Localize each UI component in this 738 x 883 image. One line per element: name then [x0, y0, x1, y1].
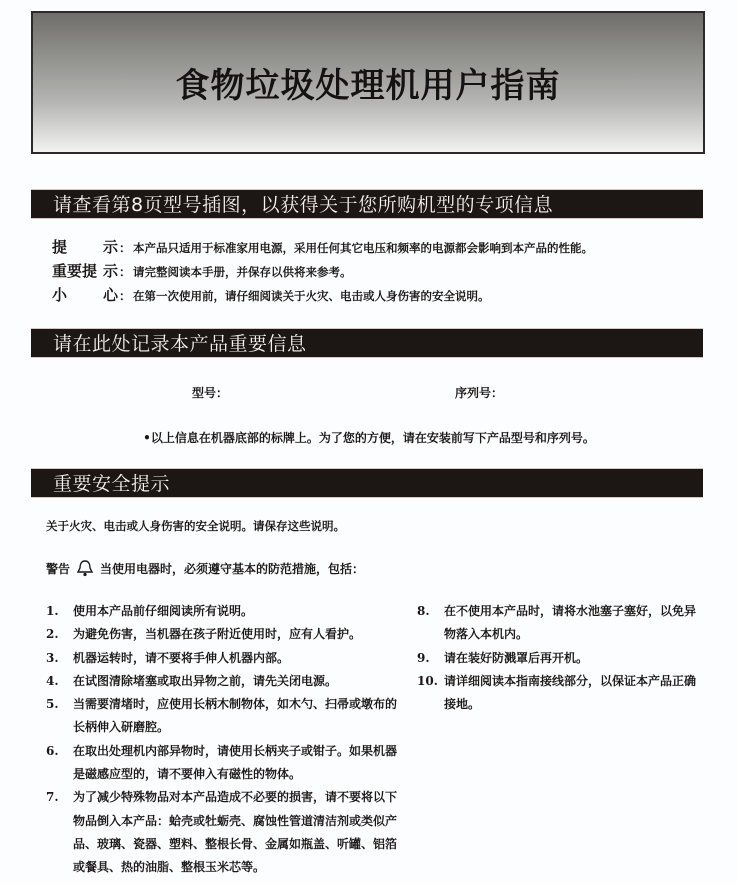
note-label-a: 提 [52, 236, 67, 257]
note-label-b: 心 [103, 284, 118, 305]
item-number: 1. [46, 600, 73, 623]
list-item: 5.当需要清堵时，应使用长柄木制物体，如木勺、扫帚或墩布的长柄伸入研磨腔。 [46, 693, 406, 740]
item-number: 8. [417, 600, 444, 647]
note-label-a: 重要提 [52, 260, 97, 281]
item-number: 2. [46, 623, 73, 646]
item-text: 请详细阅读本指南接线部分，以保证本产品正确接地。 [444, 670, 707, 717]
note-caution: 小心 ： 在第一次使用前，请仔细阅读关于火灾、电击或人身伤害的安全说明。 [52, 284, 490, 305]
note-text: 请完整阅读本手册，并保存以供将来参考。 [133, 264, 352, 280]
bell-icon [76, 559, 94, 577]
item-text: 在不使用本产品时，请将水池塞子塞好，以免异物落入本机内。 [444, 600, 707, 647]
item-number: 7. [46, 786, 73, 879]
note-important: 重要提示 ： 请完整阅读本手册，并保存以供将来参考。 [52, 260, 352, 281]
item-text: 为避免伤害，当机器在孩子附近使用时，应有人看护。 [73, 623, 406, 646]
item-text: 为了减少特殊物品对本产品造成不必要的损害，请不要将以下物品倒入本产品：蛤壳或牡蛎… [73, 786, 406, 879]
item-text: 在试图清除堵塞或取出异物之前，请先关闭电源。 [73, 670, 406, 693]
item-text: 当需要清堵时，应使用长柄木制物体，如木勺、扫帚或墩布的长柄伸入研磨腔。 [73, 693, 406, 740]
list-item: 4.在试图清除堵塞或取出异物之前，请先关闭电源。 [46, 670, 406, 693]
item-number: 10. [417, 670, 444, 717]
item-number: 9. [417, 647, 444, 670]
section-header-safety: 重要安全提示 [31, 468, 703, 498]
note-text: 在第一次使用前，请仔细阅读关于火灾、电击或人身伤害的安全说明。 [133, 288, 490, 304]
item-text: 使用本产品前仔细阅读所有说明。 [73, 600, 406, 623]
note-label-b: 示 [103, 236, 118, 257]
item-number: 5. [46, 693, 73, 740]
safety-list-right: 8.在不使用本产品时，请将水池塞子塞好，以免异物落入本机内。 9.请在装好防溅罩… [417, 600, 707, 716]
note-label-a: 小 [52, 284, 67, 305]
note-tip: 提示 ： 本产品只适用于标准家用电源，采用任何其它电压和频率的电源都会影响到本产… [52, 236, 593, 257]
warning-label: 警告 [46, 560, 70, 577]
serial-number-label: 序列号： [455, 384, 503, 401]
note-colon: ： [119, 263, 131, 280]
list-item: 2.为避免伤害，当机器在孩子附近使用时，应有人看护。 [46, 623, 406, 646]
safety-list-left: 1.使用本产品前仔细阅读所有说明。 2.为避免伤害，当机器在孩子附近使用时，应有… [46, 600, 406, 880]
nameplate-note: •以上信息在机器底部的标牌上。为了您的方便，请在安装前写下产品型号和序列号。 [0, 429, 738, 446]
item-text: 请在装好防溅罩后再开机。 [444, 647, 707, 670]
warning-line: 警告 当使用电器时，必须遵守基本的防范措施，包括： [46, 559, 364, 577]
section-header-record-info: 请在此处记录本产品重要信息 [31, 328, 703, 358]
warning-text: 当使用电器时，必须遵守基本的防范措施，包括： [100, 560, 364, 577]
list-item: 9.请在装好防溅罩后再开机。 [417, 647, 707, 670]
list-item: 8.在不使用本产品时，请将水池塞子塞好，以免异物落入本机内。 [417, 600, 707, 647]
note-label-b: 示 [103, 260, 118, 281]
section-header-model-info: 请查看第8页型号插图，以获得关于您所购机型的专项信息 [31, 189, 703, 219]
note-colon: ： [119, 239, 131, 256]
list-item: 3.机器运转时，请不要将手伸人机器内部。 [46, 647, 406, 670]
list-item: 1.使用本产品前仔细阅读所有说明。 [46, 600, 406, 623]
page-title: 食物垃圾处理机用户指南 [176, 58, 561, 107]
item-number: 4. [46, 670, 73, 693]
list-item: 7.为了减少特殊物品对本产品造成不必要的损害，请不要将以下物品倒入本产品：蛤壳或… [46, 786, 406, 879]
item-number: 6. [46, 740, 73, 787]
title-banner: 食物垃圾处理机用户指南 [31, 11, 705, 154]
note-text: 本产品只适用于标准家用电源，采用任何其它电压和频率的电源都会影响到本产品的性能。 [133, 240, 593, 256]
list-item: 10.请详细阅读本指南接线部分，以保证本产品正确接地。 [417, 670, 707, 717]
note-colon: ： [119, 287, 131, 304]
item-text: 在取出处理机内部异物时，请使用长柄夹子或钳子。如果机器是磁感应型的，请不要伸入有… [73, 740, 406, 787]
safety-intro: 关于火灾、电击或人身伤害的安全说明。请保存这些说明。 [46, 518, 345, 534]
list-item: 6.在取出处理机内部异物时，请使用长柄夹子或钳子。如果机器是磁感应型的，请不要伸… [46, 740, 406, 787]
model-number-label: 型号： [192, 384, 228, 401]
item-number: 3. [46, 647, 73, 670]
item-text: 机器运转时，请不要将手伸人机器内部。 [73, 647, 406, 670]
